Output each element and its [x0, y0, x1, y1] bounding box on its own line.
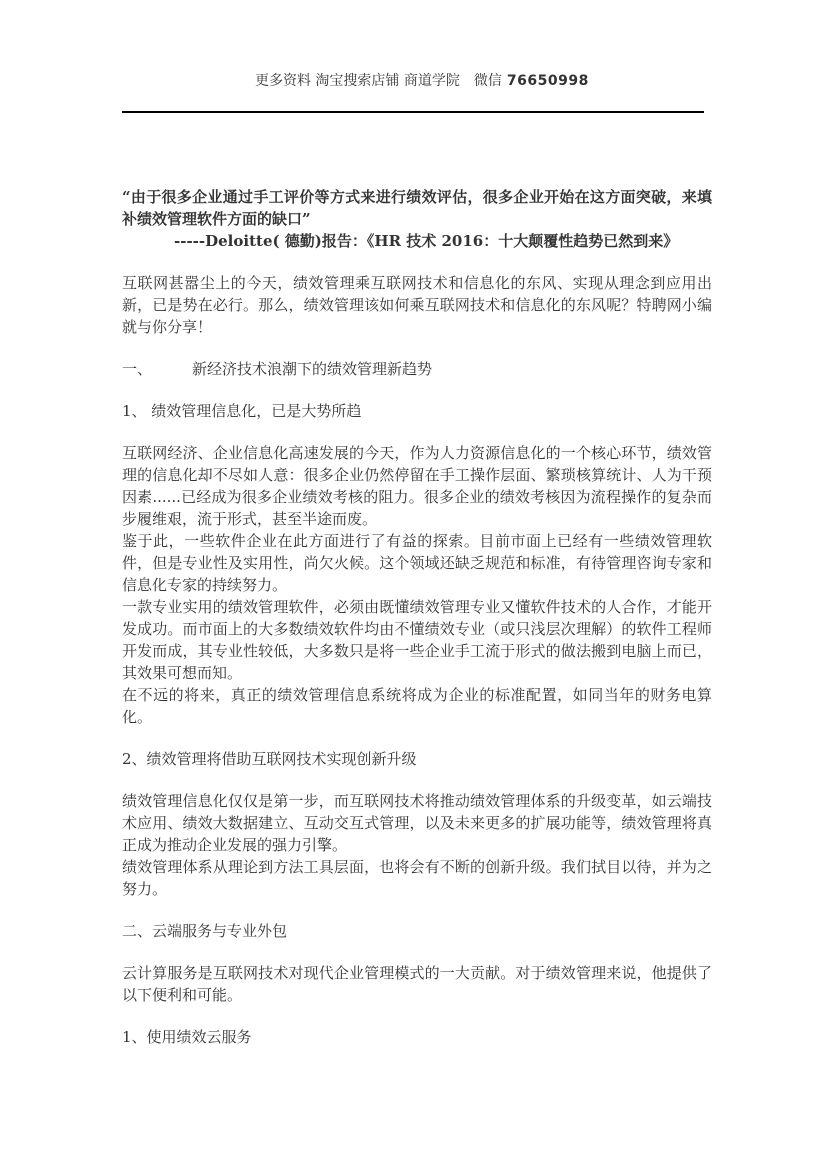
subsection-1-2-heading: 2、绩效管理将借助互联网技术实现创新升级 [122, 748, 712, 770]
subsection-2-1-heading: 1、使用绩效云服务 [122, 1026, 712, 1048]
body-paragraph: 互联网经济、企业信息化高速发展的今天，作为人力资源信息化的一个核心环节，绩效管理… [122, 442, 712, 530]
body-paragraph: 鉴于此，一些软件企业在此方面进行了有益的探索。目前市面上已经有一些绩效管理软件，… [122, 530, 712, 596]
document-body: “由于很多企业通过手工评价等方式来进行绩效评估，很多企业开始在这方面突破，来填补… [122, 186, 712, 1068]
intro-paragraph: 互联网甚嚣尘上的今天，绩效管理乘互联网技术和信息化的东风、实现从理念到应用出新，… [122, 272, 712, 338]
header-wechat-number: 76650998 [507, 73, 589, 89]
body-paragraph: 在不远的将来，真正的绩效管理信息系统将成为企业的标准配置，如同当年的财务电算化。 [122, 684, 712, 728]
subsection-1-2-body: 绩效管理信息化仅仅是第一步，而互联网技术将推动绩效管理体系的升级变革，如云端技术… [122, 790, 712, 900]
document-page: 更多资料 淘宝搜索店铺 商道学院 微信76650998 “由于很多企业通过手工评… [0, 0, 827, 1169]
header-text: 更多资料 淘宝搜索店铺 商道学院 微信 [255, 73, 502, 89]
opening-quote: “由于很多企业通过手工评价等方式来进行绩效评估，很多企业开始在这方面突破，来填补… [122, 186, 712, 252]
quote-text: “由于很多企业通过手工评价等方式来进行绩效评估，很多企业开始在这方面突破，来填补… [122, 186, 712, 230]
body-paragraph: 绩效管理信息化仅仅是第一步，而互联网技术将推动绩效管理体系的升级变革，如云端技术… [122, 790, 712, 856]
page-header: 更多资料 淘宝搜索店铺 商道学院 微信76650998 [122, 54, 704, 113]
body-paragraph: 一款专业实用的绩效管理软件，必须由既懂绩效管理专业又懂软件技术的人合作，才能开发… [122, 596, 712, 684]
body-paragraph: 绩效管理体系从理论到方法工具层面，也将会有不断的创新升级。我们拭目以待，并为之努… [122, 856, 712, 900]
section-2-heading: 二、云端服务与专业外包 [122, 920, 712, 942]
section-2-intro: 云计算服务是互联网技术对现代企业管理模式的一大贡献。对于绩效管理来说，他提供了以… [122, 962, 712, 1006]
section-1-numeral: 一、 [122, 360, 152, 378]
subsection-1-1-body: 互联网经济、企业信息化高速发展的今天，作为人力资源信息化的一个核心环节，绩效管理… [122, 442, 712, 728]
subsection-1-1-heading: 1、 绩效管理信息化，已是大势所趋 [122, 400, 712, 422]
section-1-title: 新经济技术浪潮下的绩效管理新趋势 [192, 360, 432, 378]
section-1-heading: 一、新经济技术浪潮下的绩效管理新趋势 [122, 358, 712, 380]
quote-attribution: -----Deloitte( 德勤)报告：《HR 技术 2016：十大颠覆性趋势… [122, 230, 712, 252]
